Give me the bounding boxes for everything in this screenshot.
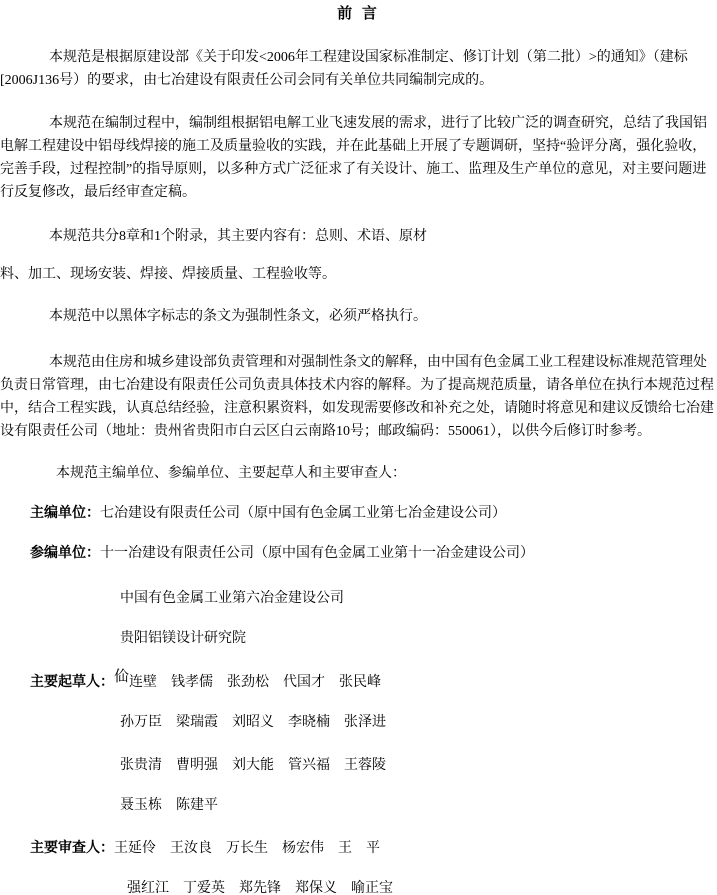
drafters-line-4: 聂玉栋 陈建平 <box>0 794 717 817</box>
drafters-line-1: 主要起草人：佡连壁 钱孝儒 张劲松 代国才 张民峰 <box>0 671 717 694</box>
reviewers-line-2: 强红江 丁爱英 郑先锋 郑保义 喻正宝 <box>0 877 717 895</box>
participating-unit-line-3: 贵阳铝镁设计研究院 <box>0 627 717 650</box>
paragraph-mandatory-clauses: 本规范中以黑体字标志的条文为强制性条文，必须严格执行。 <box>0 305 717 328</box>
drafter-rare-character: 佡 <box>114 669 129 685</box>
reviewers-line-1: 主要审查人：王延伶 王汝良 万长生 杨宏伟 王 平 <box>0 837 717 860</box>
document-title: 前 言 <box>0 0 717 23</box>
reviewers-names-1: 王延伶 王汝良 万长生 杨宏伟 王 平 <box>114 841 380 856</box>
document-page: 前 言 本规范是根据原建设部《关于印发<2006年工程建设国家标准制定、修订计划… <box>0 0 717 895</box>
participating-unit-label: 参编单位： <box>30 546 100 561</box>
drafters-line-3: 张贵清 曹明强 刘大能 管兴福 王蓉陵 <box>0 754 717 777</box>
drafters-line-2: 孙万臣 梁瑞霞 刘昭义 李晓楠 张泽进 <box>0 711 717 734</box>
chief-editor-unit-value: 七冶建设有限责任公司（原中国有色金属工业第七冶金建设公司） <box>100 506 506 521</box>
drafters-names-1: 连壁 钱孝儒 张劲松 代国才 张民峰 <box>129 675 381 690</box>
chief-editor-unit-line: 主编单位：七冶建设有限责任公司（原中国有色金属工业第七冶金建设公司） <box>0 502 717 525</box>
paragraph-drafting-process: 本规范在编制过程中，编制组根据铝电解工业飞速发展的需求，进行了比较广泛的调查研究… <box>0 112 717 204</box>
paragraph-administration: 本规范由住房和城乡建设部负责管理和对强制性条文的解释，由中国有色金属工业工程建设… <box>0 351 717 443</box>
participating-unit-value-1: 十一冶建设有限责任公司（原中国有色金属工业第十一冶金建设公司） <box>100 546 534 561</box>
paragraph-contents-line1: 本规范共分8章和1个附录，其主要内容有：总则、术语、原材 <box>0 225 717 248</box>
paragraph-basis: 本规范是根据原建设部《关于印发<2006年工程建设国家标准制定、修订计划（第二批… <box>0 46 717 92</box>
drafters-label: 主要起草人： <box>30 675 114 690</box>
paragraph-contents-line2: 料、加工、现场安装、焊接、焊接质量、工程验收等。 <box>0 263 717 286</box>
chief-editor-unit-label: 主编单位： <box>30 506 100 521</box>
units-intro-line: 本规范主编单位、参编单位、主要起草人和主要审查人： <box>0 462 717 485</box>
participating-unit-line-2: 中国有色金属工业第六冶金建设公司 <box>0 587 717 610</box>
reviewers-label: 主要审查人： <box>30 841 114 856</box>
participating-unit-line-1: 参编单位：十一冶建设有限责任公司（原中国有色金属工业第十一冶金建设公司） <box>0 542 717 565</box>
